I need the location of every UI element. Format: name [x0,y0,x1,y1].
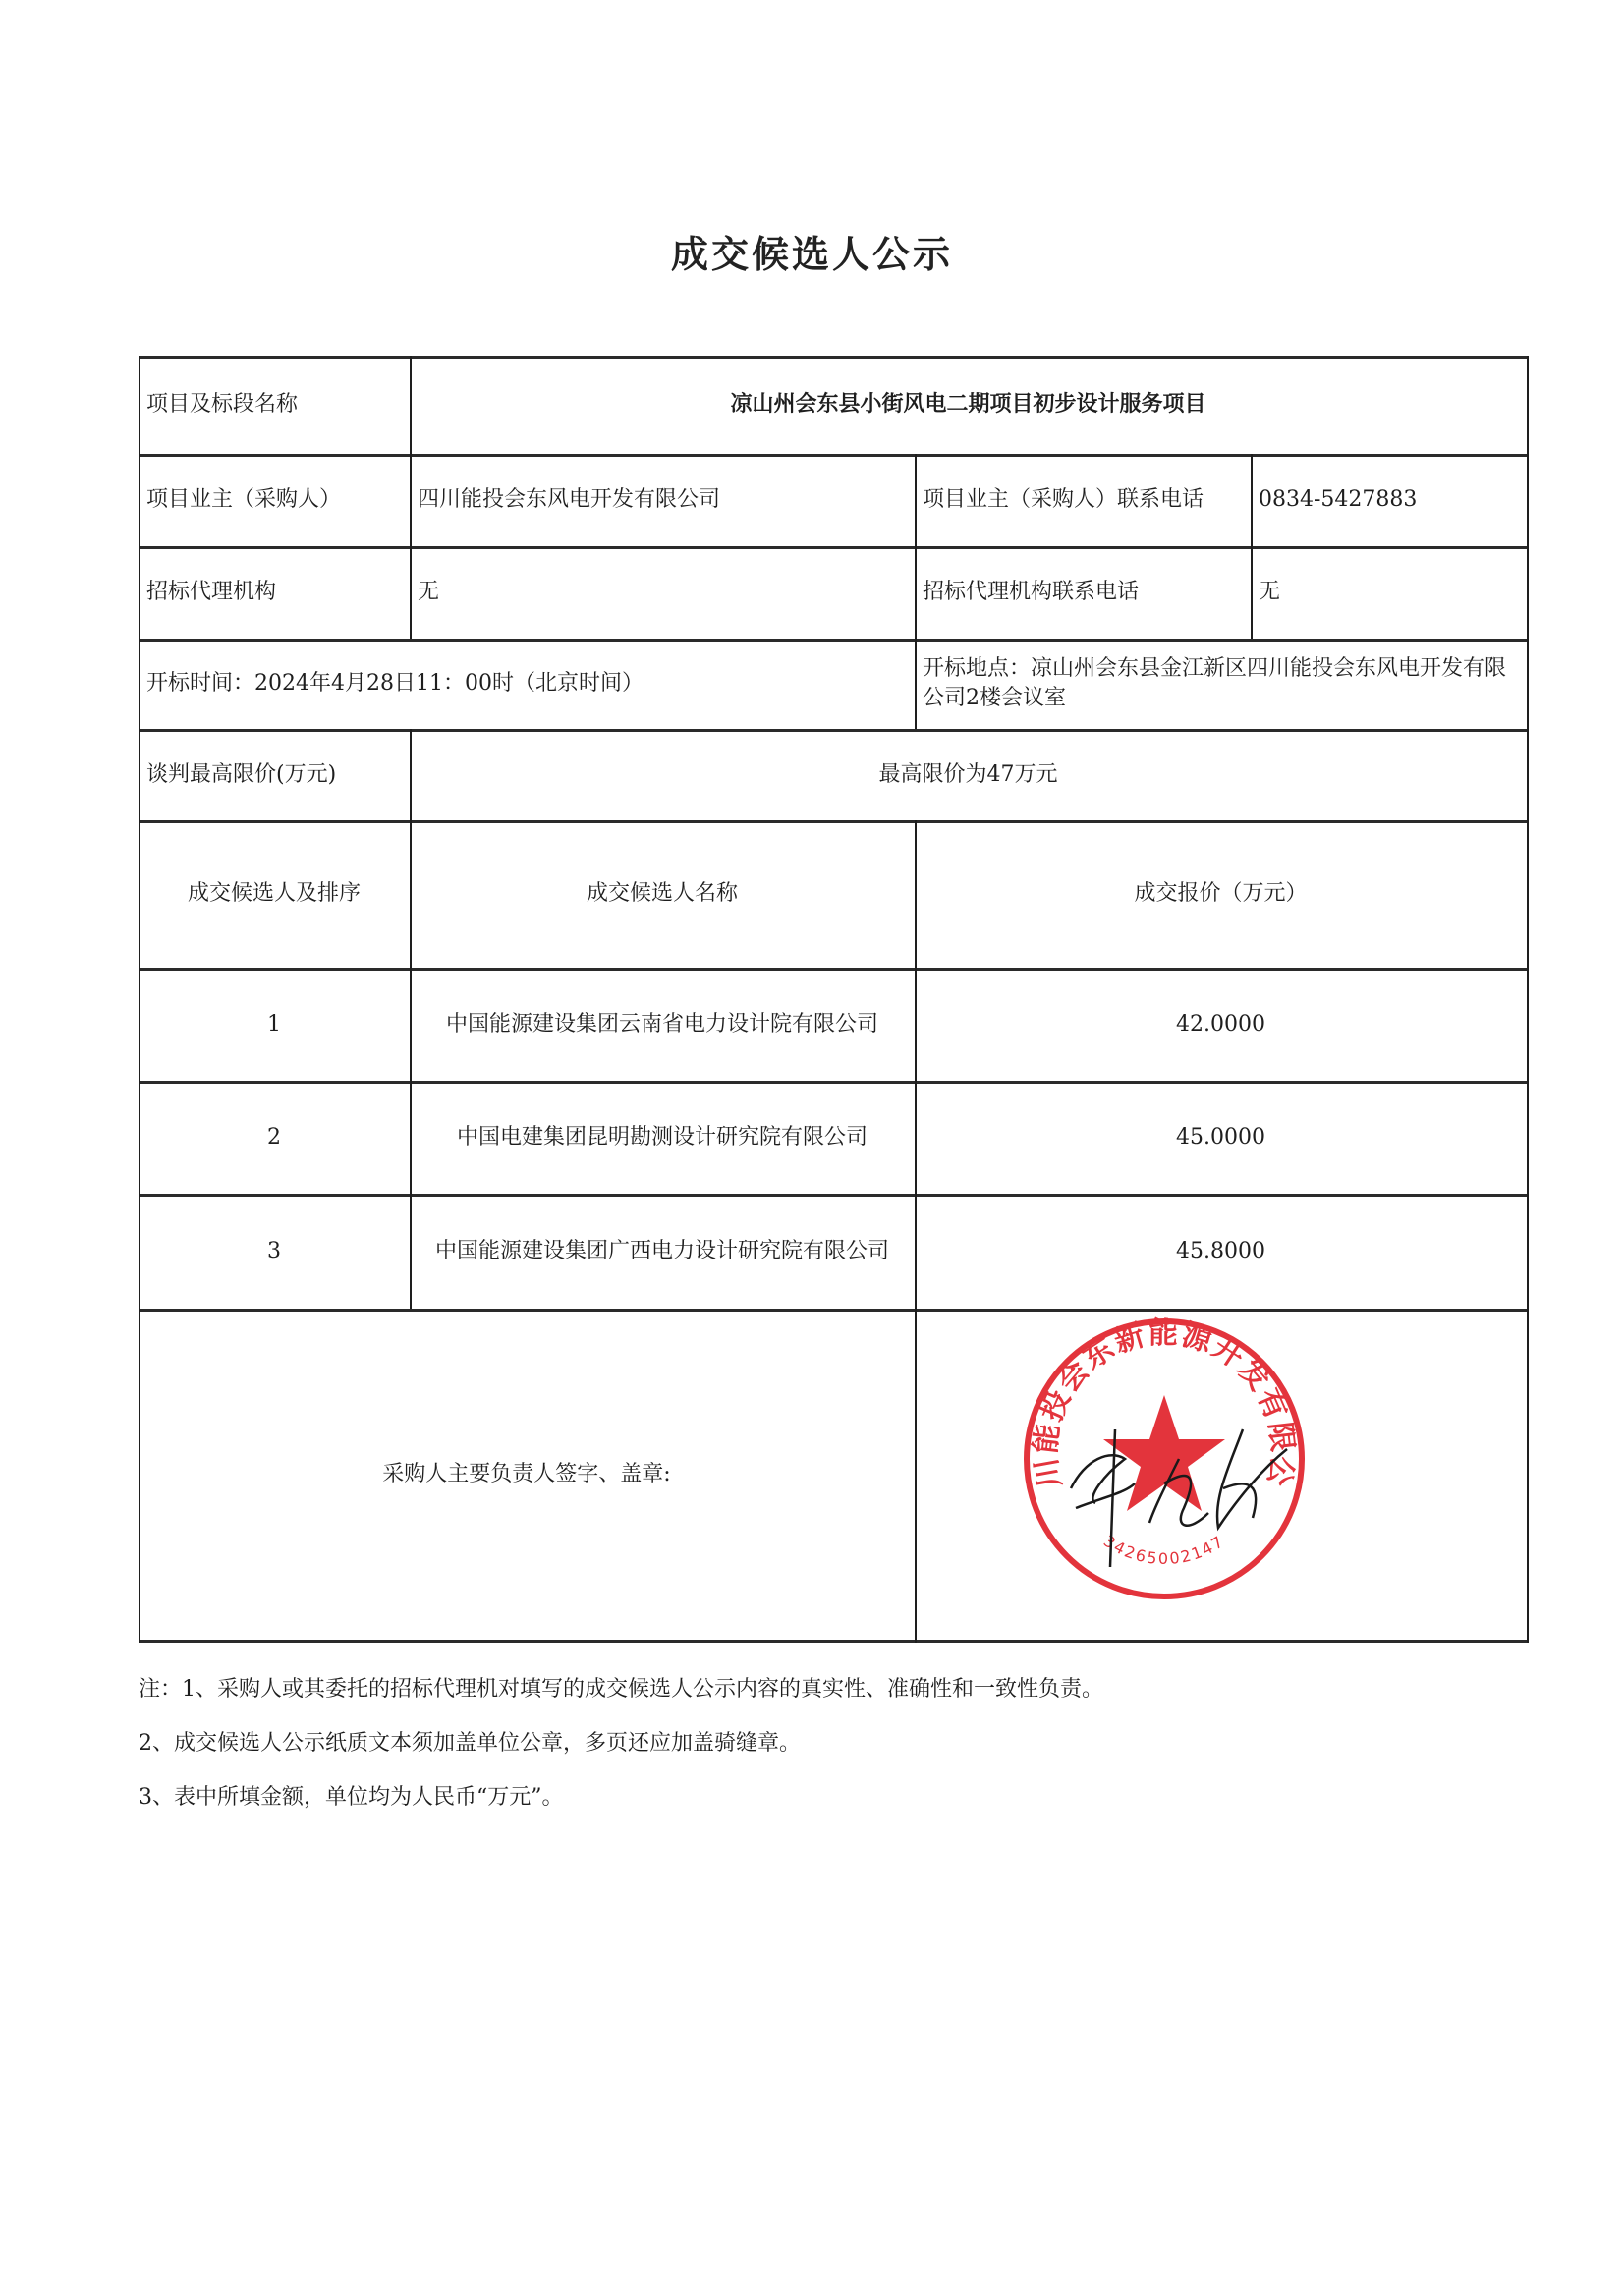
owner-phone-value: 0834-5427883 [1251,454,1527,546]
candidate-rank: 2 [139,1081,410,1194]
official-seal-icon: 四川能投会东新能源开发有限公司 34265002147 [1017,1312,1312,1606]
header-rank: 成交候选人及排序 [139,820,410,968]
announcement-table: 项目及标段名称 凉山州会东县小街风电二期项目初步设计服务项目 项目业主（采购人）… [139,356,1529,1643]
page-title: 成交候选人公示 [0,224,1624,278]
agency-phone-value: 无 [1251,546,1527,639]
owner-value: 四川能投会东风电开发有限公司 [410,454,915,546]
open-place: 开标地点：凉山州会东县金江新区四川能投会东风电开发有限公司2楼会议室 [915,639,1527,729]
project-name: 凉山州会东县小街风电二期项目初步设计服务项目 [410,356,1527,454]
max-price-value: 最高限价为47万元 [410,729,1527,820]
max-price-label: 谈判最高限价(万元) [139,729,410,820]
candidate-price: 42.0000 [915,968,1527,1081]
candidate-name: 中国能源建设集团云南省电力设计院有限公司 [410,968,915,1081]
signature-label: 采购人主要负责人签字、盖章: [139,1309,915,1640]
table-border [139,1640,1529,1643]
table-border [1527,356,1529,1643]
agency-label: 招标代理机构 [139,546,410,639]
notes: 注：1、采购人或其委托的招标代理机对填写的成交候选人公示内容的真实性、准确性和一… [139,1675,1534,1837]
svg-text:34265002147: 34265002147 [1100,1532,1228,1568]
header-name: 成交候选人名称 [410,820,915,968]
agency-value: 无 [410,546,915,639]
candidate-rank: 1 [139,968,410,1081]
note-1: 注：1、采购人或其委托的招标代理机对填写的成交候选人公示内容的真实性、准确性和一… [139,1675,1534,1705]
owner-label: 项目业主（采购人） [139,454,410,546]
open-time: 开标时间：2024年4月28日11：00时（北京时间） [139,639,915,729]
agency-phone-label: 招标代理机构联系电话 [915,546,1251,639]
note-3: 3、表中所填金额，单位均为人民币“万元”。 [139,1783,1534,1813]
candidate-price: 45.8000 [915,1194,1527,1309]
owner-phone-label: 项目业主（采购人）联系电话 [915,454,1251,546]
seal-number: 34265002147 [1100,1532,1228,1568]
candidate-price: 45.0000 [915,1081,1527,1194]
project-label: 项目及标段名称 [139,356,410,454]
candidate-name: 中国电建集团昆明勘测设计研究院有限公司 [410,1081,915,1194]
note-2: 2、成交候选人公示纸质文本须加盖单位公章，多页还应加盖骑缝章。 [139,1729,1534,1759]
candidate-rank: 3 [139,1194,410,1309]
candidate-name: 中国能源建设集团广西电力设计研究院有限公司 [410,1194,915,1309]
header-price: 成交报价（万元） [915,820,1527,968]
